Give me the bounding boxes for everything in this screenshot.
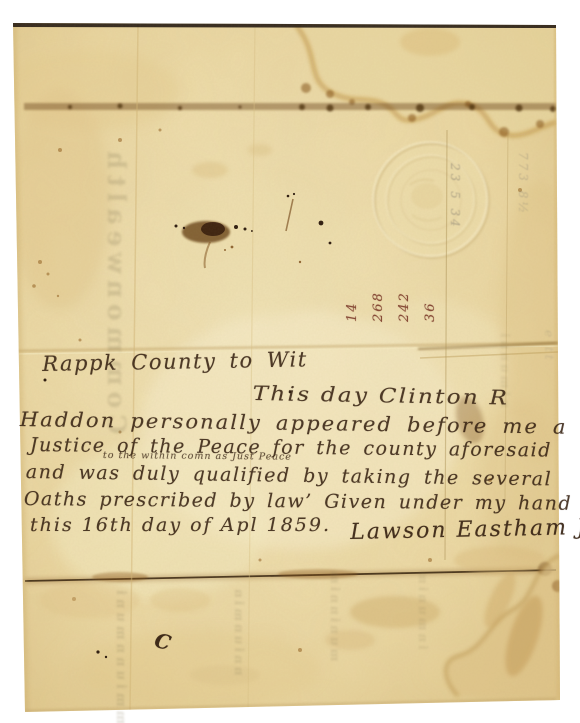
signature: Lawson Eastham J P (350, 514, 580, 545)
county-heading: Rappk County to Wit (42, 347, 308, 376)
ghost-text-fragment: Commonwealth (102, 145, 131, 434)
date-line: this 16th day of Apl 1859. (30, 514, 331, 536)
docket-line: 242 (392, 214, 418, 322)
interlined-note: to the within comn as Just Peace (103, 450, 292, 463)
bleedthrough-fragment: mmiunnmuni (113, 586, 128, 708)
docket-line: 268 (366, 214, 392, 322)
scanned-document: Commonwealth mmiunnmuni nniunmin muninni… (0, 0, 580, 723)
bleedthrough-fragment: muninnim (328, 568, 342, 660)
body-line: This day Clinton R (253, 381, 510, 409)
bleedthrough-ghost-text: Commonwealth (95, 145, 131, 365)
pencil-note: 23 5 34 (448, 163, 462, 275)
bleedthrough-fragment: nniunmin (232, 586, 246, 666)
pencil-note: 773 8½ (516, 152, 530, 287)
bleedthrough-fragment: inmunim (416, 568, 430, 654)
docket-line: 36 (418, 214, 444, 322)
rotated-docket-numbers: 14 268 242 36 (340, 214, 444, 322)
docket-line: 14 (340, 214, 366, 322)
